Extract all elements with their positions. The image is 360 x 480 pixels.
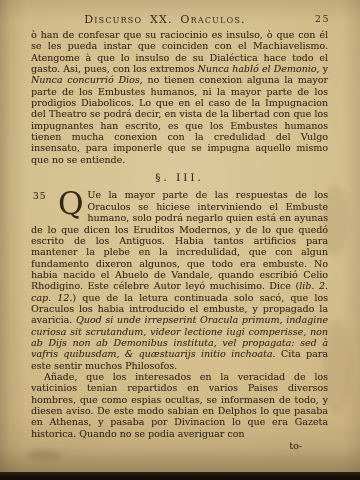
paragraph-35: 35QUe la mayor parte de las respuestas d… bbox=[31, 190, 328, 372]
text-segment: Añade, que los interesados en la veracid… bbox=[31, 372, 328, 440]
section-heading: §. III. bbox=[31, 173, 328, 184]
page-number: 25 bbox=[315, 14, 330, 25]
page-header: Discurso XX. Oraculos. 25 bbox=[0, 13, 360, 26]
text-segment-italic: Nunca concurrió Dios bbox=[31, 75, 140, 86]
catchword-row: to- bbox=[31, 440, 328, 452]
paragraph-anade: Añade, que los interesados en la veracid… bbox=[31, 372, 328, 440]
paragraph-number: 35 bbox=[33, 192, 46, 203]
drop-cap: Q bbox=[58, 191, 83, 217]
text-segment-italic: Nunca habló el Demonio bbox=[198, 64, 317, 75]
text-segment: , no tienen conexion alguna la mayor par… bbox=[31, 75, 328, 165]
photo-bottom-edge bbox=[0, 472, 360, 480]
paragraph-continuation: ò han de confesar que su raciocinio es i… bbox=[31, 30, 328, 166]
book-page-photo: Discurso XX. Oraculos. 25 ò han de confe… bbox=[0, 0, 360, 480]
catchword: to- bbox=[289, 441, 302, 452]
text-segment: , y bbox=[317, 64, 329, 75]
text-block: ò han de confesar que su raciocinio es i… bbox=[31, 30, 328, 452]
running-title: Discurso XX. Oraculos. bbox=[20, 13, 310, 26]
page: Discurso XX. Oraculos. 25 ò han de confe… bbox=[0, 0, 360, 473]
